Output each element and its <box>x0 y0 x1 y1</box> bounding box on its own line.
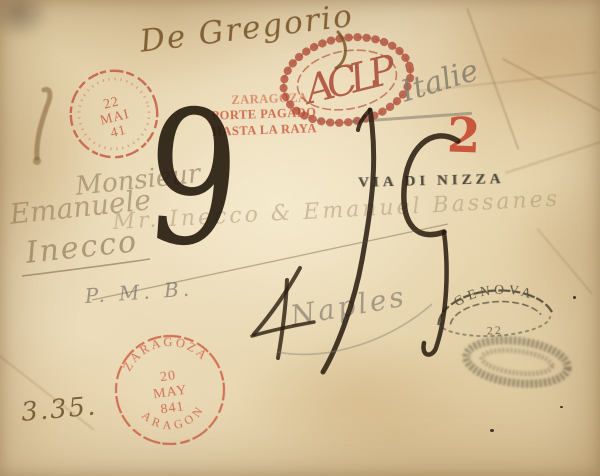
manuscript-rate-4 <box>252 268 314 358</box>
endorsement-flourish <box>336 32 345 68</box>
naples-flourish <box>278 304 432 354</box>
postal-cover: Monsieur Emanuele Mr. Inecco & Emanuel B… <box>0 0 600 476</box>
inecco-underline <box>22 259 150 276</box>
address-strike-line <box>92 224 448 300</box>
ink-stroke-overlay <box>0 0 600 476</box>
